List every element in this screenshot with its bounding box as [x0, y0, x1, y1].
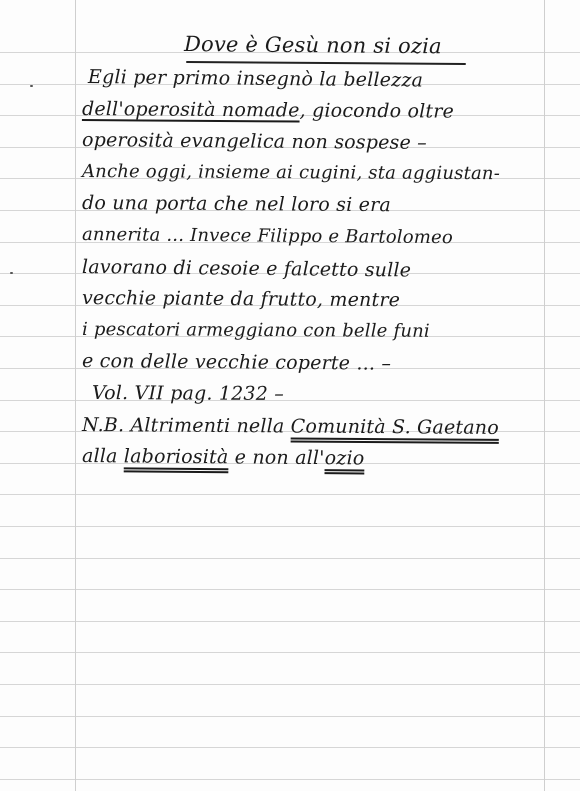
text-segment: N.B. Altrimenti nella — [82, 414, 291, 437]
text-segment: e con delle vecchie coperte ... – — [82, 350, 391, 375]
text-segment: operosità evangelica non sospese – — [82, 129, 427, 154]
manuscript-line: annerita ... Invece Filippo e Bartolomeo — [82, 224, 453, 248]
rule-line — [0, 652, 580, 653]
margin-line — [544, 0, 545, 791]
ink-dot-mark — [30, 85, 33, 87]
manuscript-line: vecchie piante da frutto, mentre — [82, 287, 400, 311]
rule-line — [0, 684, 580, 685]
margin-line — [75, 0, 76, 791]
rule-line — [0, 716, 580, 717]
ink-dot-mark — [10, 272, 13, 274]
rule-line — [0, 747, 580, 748]
underlined-text-segment: ozio — [325, 447, 365, 469]
text-segment: Anche oggi, insieme ai cugini, sta aggiu… — [82, 161, 500, 184]
text-segment: do una porta che nel loro si era — [82, 192, 391, 216]
page-title: Dove è Gesù non si ozia — [184, 32, 442, 58]
rule-line — [0, 526, 580, 527]
text-segment: alla — [82, 445, 124, 467]
rule-line — [0, 779, 580, 780]
rule-line — [0, 621, 580, 622]
manuscript-line: Vol. VII pag. 1232 – — [92, 382, 284, 405]
text-segment: e non all' — [228, 446, 324, 469]
manuscript-line: N.B. Altrimenti nella Comunità S. Gaetan… — [82, 414, 499, 439]
manuscript-line: Egli per primo insegnò la bellezza — [88, 66, 423, 92]
manuscript-line: lavorano di cesoie e falcetto sulle — [82, 256, 411, 281]
rule-line — [0, 558, 580, 559]
text-segment: lavorano di cesoie e falcetto sulle — [82, 256, 411, 281]
underlined-text-segment: laboriosità — [124, 445, 229, 468]
manuscript-line: do una porta che nel loro si era — [82, 192, 391, 216]
text-segment: , giocondo oltre — [300, 100, 455, 123]
text-segment: annerita ... Invece Filippo e Bartolomeo — [82, 224, 453, 248]
rule-line — [0, 400, 580, 401]
rule-line — [0, 494, 580, 495]
manuscript-line: i pescatori armeggiano con belle funi — [82, 319, 430, 342]
underlined-text-segment: dell'operosità nomade — [82, 98, 300, 122]
text-segment: Egli per primo insegnò la bellezza — [88, 66, 423, 92]
manuscript-line: Anche oggi, insieme ai cugini, sta aggiu… — [82, 161, 500, 184]
rule-line — [0, 589, 580, 590]
manuscript-page: Dove è Gesù non si ozia Egli per primo i… — [0, 0, 580, 791]
underlined-text-segment: Comunità S. Gaetano — [291, 415, 499, 438]
manuscript-line: operosità evangelica non sospese – — [82, 129, 427, 154]
text-segment: Vol. VII pag. 1232 – — [92, 382, 284, 405]
manuscript-line: dell'operosità nomade, giocondo oltre — [82, 98, 454, 123]
text-segment: i pescatori armeggiano con belle funi — [82, 319, 430, 342]
manuscript-line: e con delle vecchie coperte ... – — [82, 350, 391, 375]
manuscript-line: alla laboriosità e non all'ozio — [82, 445, 365, 469]
text-segment: vecchie piante da frutto, mentre — [82, 287, 400, 311]
